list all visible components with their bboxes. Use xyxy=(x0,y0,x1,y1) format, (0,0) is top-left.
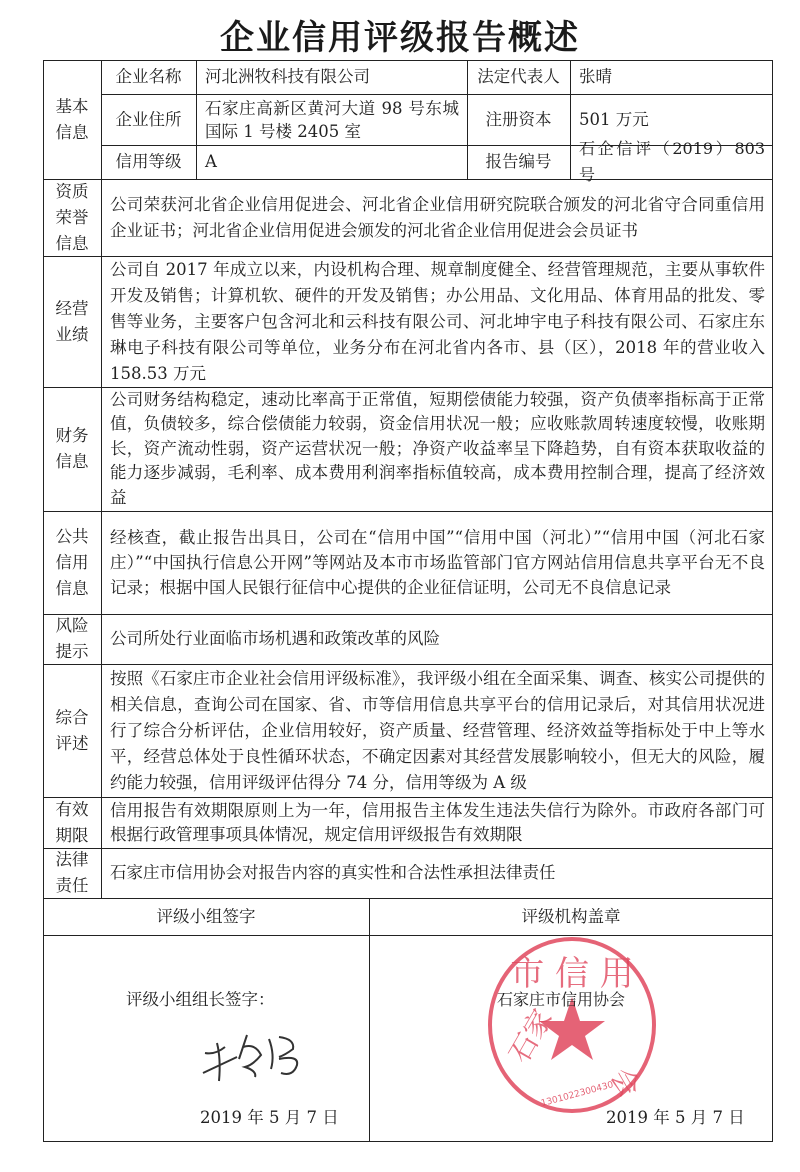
document-title: 企业信用评级报告概述 xyxy=(0,10,800,59)
org-stamp-header: 评级机构盖章 xyxy=(369,898,773,935)
section-label-validity: 有效 期限 xyxy=(43,797,101,848)
legal-rep-value: 张晴 xyxy=(570,60,773,94)
org-name: 石家庄市信用协会 xyxy=(497,985,625,1015)
company-name-value: 河北洲牧科技有限公司 xyxy=(196,60,467,94)
section-text-public-credit: 经核查，截止报告出具日，公司在“信用中国”“信用中国（河北）”“信用中国（河北石… xyxy=(101,511,773,614)
section-label-qualification: 资质 荣誉 信息 xyxy=(43,179,101,256)
left-date: 2019 年 5 月 7 日 xyxy=(200,1103,339,1133)
address-label: 企业住所 xyxy=(101,94,196,145)
right-date: 2019 年 5 月 7 日 xyxy=(606,1103,745,1133)
address-value: 石家庄高新区黄河大道 98 号东城国际 1 号楼 2405 室 xyxy=(196,94,467,145)
section-text-validity: 信用报告有效期限原则上为一年，信用报告主体发生违法失信行为除外。市政府各部门可根… xyxy=(101,797,773,848)
capital-label: 注册资本 xyxy=(467,94,570,145)
section-label-risk: 风险 提示 xyxy=(43,614,101,664)
handwritten-signature xyxy=(195,1025,315,1085)
report-no-value: 石企信评（2019）803 号 xyxy=(570,145,773,179)
section-label-financial: 财务 信息 xyxy=(43,387,101,511)
section-text-financial: 公司财务结构稳定，速动比率高于正常值，短期偿债能力较强，资产负债率指标高于正常值… xyxy=(101,387,773,511)
section-label-summary: 综合 评述 xyxy=(43,664,101,797)
section-text-legal: 石家庄市信用协会对报告内容的真实性和合法性承担法律责任 xyxy=(101,848,773,898)
report-no-label: 报告编号 xyxy=(467,145,570,179)
official-seal-icon: 市 信 用 石家 会 1301022300430 xyxy=(485,935,660,1115)
section-label-legal: 法律 责任 xyxy=(43,848,101,898)
company-name-label: 企业名称 xyxy=(101,60,196,94)
section-label-performance: 经营 业绩 xyxy=(43,256,101,387)
section-text-qualification: 公司荣获河北省企业信用促进会、河北省企业信用研究院联合颁发的河北省守合同重信用企… xyxy=(101,179,773,256)
credit-level-label: 信用等级 xyxy=(101,145,196,179)
section-text-performance: 公司自 2017 年成立以来，内设机构合理、规章制度健全、经营管理规范，主要从事… xyxy=(101,256,773,387)
team-signature-header: 评级小组签字 xyxy=(43,898,369,935)
section-text-summary: 按照《石家庄市企业社会信用评级标准》，我评级小组在全面采集、调查、核实公司提供的… xyxy=(101,664,773,797)
legal-rep-label: 法定代表人 xyxy=(467,60,570,94)
leader-sign-label: 评级小组组长签字： xyxy=(126,985,275,1015)
credit-level-value: A xyxy=(196,145,467,179)
row-divider xyxy=(43,935,773,936)
basic-info-label: 基本 信息 xyxy=(43,60,101,179)
section-text-risk: 公司所处行业面临市场机遇和政策改革的风险 xyxy=(101,614,773,664)
section-label-public-credit: 公共 信用 信息 xyxy=(43,511,101,614)
